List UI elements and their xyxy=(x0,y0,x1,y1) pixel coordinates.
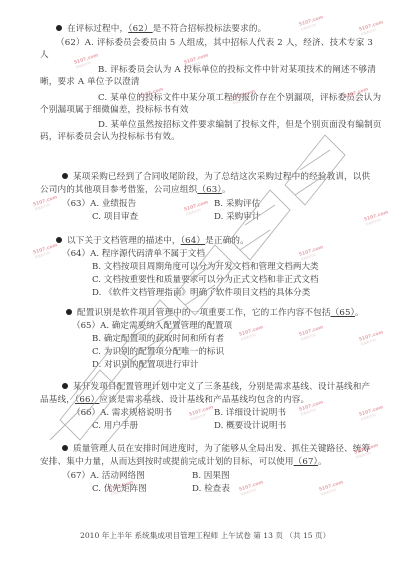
option-63-b: B. 采购评估 xyxy=(214,199,260,210)
option-66-a: （66）A. 需求规格说明书 xyxy=(72,408,172,419)
bullet-icon xyxy=(62,383,68,389)
bullet-icon xyxy=(56,25,62,31)
option-64-b: B. 文档按项目周期角度可以分为开发文档和管理文档两大类 xyxy=(92,262,319,273)
answer-blank-62: （62） xyxy=(128,24,152,34)
stamp-watermark-icon: 5107.com希赛教育网 xyxy=(364,213,385,230)
option-67-d: D. 检查表 xyxy=(192,484,230,495)
question-67-stem-cont: 安排、集中力量，从而达到按时或提前完成计划的目标，可以使用（67）。 xyxy=(40,457,327,468)
option-62-b: B. 评标委员会认为 A 投标单位的投标文件中针对某项技术的阐述不够清 xyxy=(98,65,376,76)
answer-blank-66: （66） xyxy=(75,395,99,405)
option-62-d-cont: 码，评标委员会认为投标标书有效。 xyxy=(40,132,180,143)
question-64-stem: 以下关于文档管理的描述中，（64）是正确的。 xyxy=(56,236,249,247)
question-62-stem: 在评标过程中，（62）是不符合招标投标法要求的。 xyxy=(56,24,266,35)
option-63-d: D. 采购审计 xyxy=(214,212,260,223)
stamp-watermark-icon: 5107.com希赛教育网 xyxy=(359,408,380,425)
stamp-watermark-icon: 5107.com希赛教育网 xyxy=(184,203,205,220)
bullet-icon xyxy=(56,237,62,243)
stamp-watermark-icon: 5107.com希赛教育网 xyxy=(359,23,380,40)
option-66-d: D. 概要设计说明书 xyxy=(214,421,286,432)
stamp-watermark-icon: 5107.com希赛教育网 xyxy=(239,328,260,345)
option-62-a-cont: 人 xyxy=(40,50,49,61)
question-63-stem: 某项采购已经到了合同收尾阶段，为了总结这次采购过程中的经验教训，以供 xyxy=(62,172,370,183)
answer-blank-67: （67） xyxy=(294,457,318,467)
stamp-watermark-icon: 5107.com希赛教育网 xyxy=(33,246,54,263)
stamp-watermark-icon: 5107.com希赛教育网 xyxy=(74,56,95,73)
option-62-b-cont: 晰，要求 A 单位予以澄清 xyxy=(40,77,140,88)
bullet-icon xyxy=(66,309,72,315)
stamp-watermark-icon: 5107.com希赛教育网 xyxy=(299,328,320,345)
option-62-a: （62）A. 评标委员会委员由 5 人组成，其中招标人代表 2 人，经济、技术专… xyxy=(56,38,373,49)
stamp-watermark-icon: 5107.com希赛教育网 xyxy=(299,18,320,35)
bullet-icon xyxy=(62,445,68,451)
option-64-d: D. 《软件文档管理指南》明确了软件项目文档的具体分类 xyxy=(92,288,310,299)
question-66-stem-cont: 品基线，（66）应该是需求基线、设计基线和产品基线均包含的内容。 xyxy=(40,395,309,406)
option-62-d: D. 某单位虽然按招标文件要求编制了投标文件，但是个别页面没有编制页 xyxy=(98,120,382,131)
stamp-watermark-icon: 5107.com希赛教育网 xyxy=(239,483,260,500)
answer-blank-65: （65） xyxy=(331,308,355,318)
option-67-b: B. 因果图 xyxy=(192,471,230,482)
option-65-b: B. 确定配置项的获取时间和所有者 xyxy=(92,334,224,345)
page-footer: 2010 年上半年 系统集成项目管理工程师 上午试卷 第 13 页 （共 15 … xyxy=(80,530,330,541)
bullet-icon xyxy=(62,173,68,179)
question-63-stem-cont: 公司内的其他项目参考借鉴，公司应组织（63）。 xyxy=(40,185,231,196)
exam-page: 在评标过程中，（62）是不符合招标投标法要求的。 （62）A. 评标委员会委员由… xyxy=(0,0,400,565)
answer-blank-64: （64） xyxy=(181,236,205,246)
question-66-stem: 某开发项目配置管理计划中定义了三条基线，分别是需求基线、设计基线和产 xyxy=(62,382,370,393)
option-62-c-cont: 个别漏项属于细微偏差，投标标书有效 xyxy=(40,105,189,116)
option-65-a: （65）A. 确定需要纳入配置管理的配置项 xyxy=(72,321,232,332)
option-63-a: （63）A. 业绩报告 xyxy=(62,199,136,210)
question-67-stem: 质量管理人员在安排时间进度时，为了能够从全局出发、抓住关键路径、统筹 xyxy=(62,444,370,455)
option-65-c: C. 为识别的配置项分配唯一的标识 xyxy=(92,347,224,358)
stamp-watermark-icon: 5107.com希赛教育网 xyxy=(33,198,54,215)
stamp-watermark-icon: 5107.com希赛教育网 xyxy=(319,483,340,500)
option-63-c: C. 项目审查 xyxy=(92,212,138,223)
stamp-watermark-icon: 5107.com希赛教育网 xyxy=(359,333,380,350)
option-66-b: B. 详细设计说明书 xyxy=(214,408,286,419)
question-65-stem: 配置识别是软件项目管理中的一项重要工作，它的工作内容不包括（65）。 xyxy=(66,308,364,319)
option-64-a: （64）A. 程序源代码清单不属于文档 xyxy=(62,249,205,260)
answer-blank-63: （63） xyxy=(197,185,221,195)
stamp-watermark-icon: 5107.com希赛教育网 xyxy=(189,408,210,425)
option-64-c: C. 文档按重要性和质量要求可以分为正式文档和非正式文档 xyxy=(92,275,319,286)
option-65-d: D. 对识别的配置项进行审计 xyxy=(92,360,199,371)
option-66-c: C. 用户手册 xyxy=(92,421,138,432)
